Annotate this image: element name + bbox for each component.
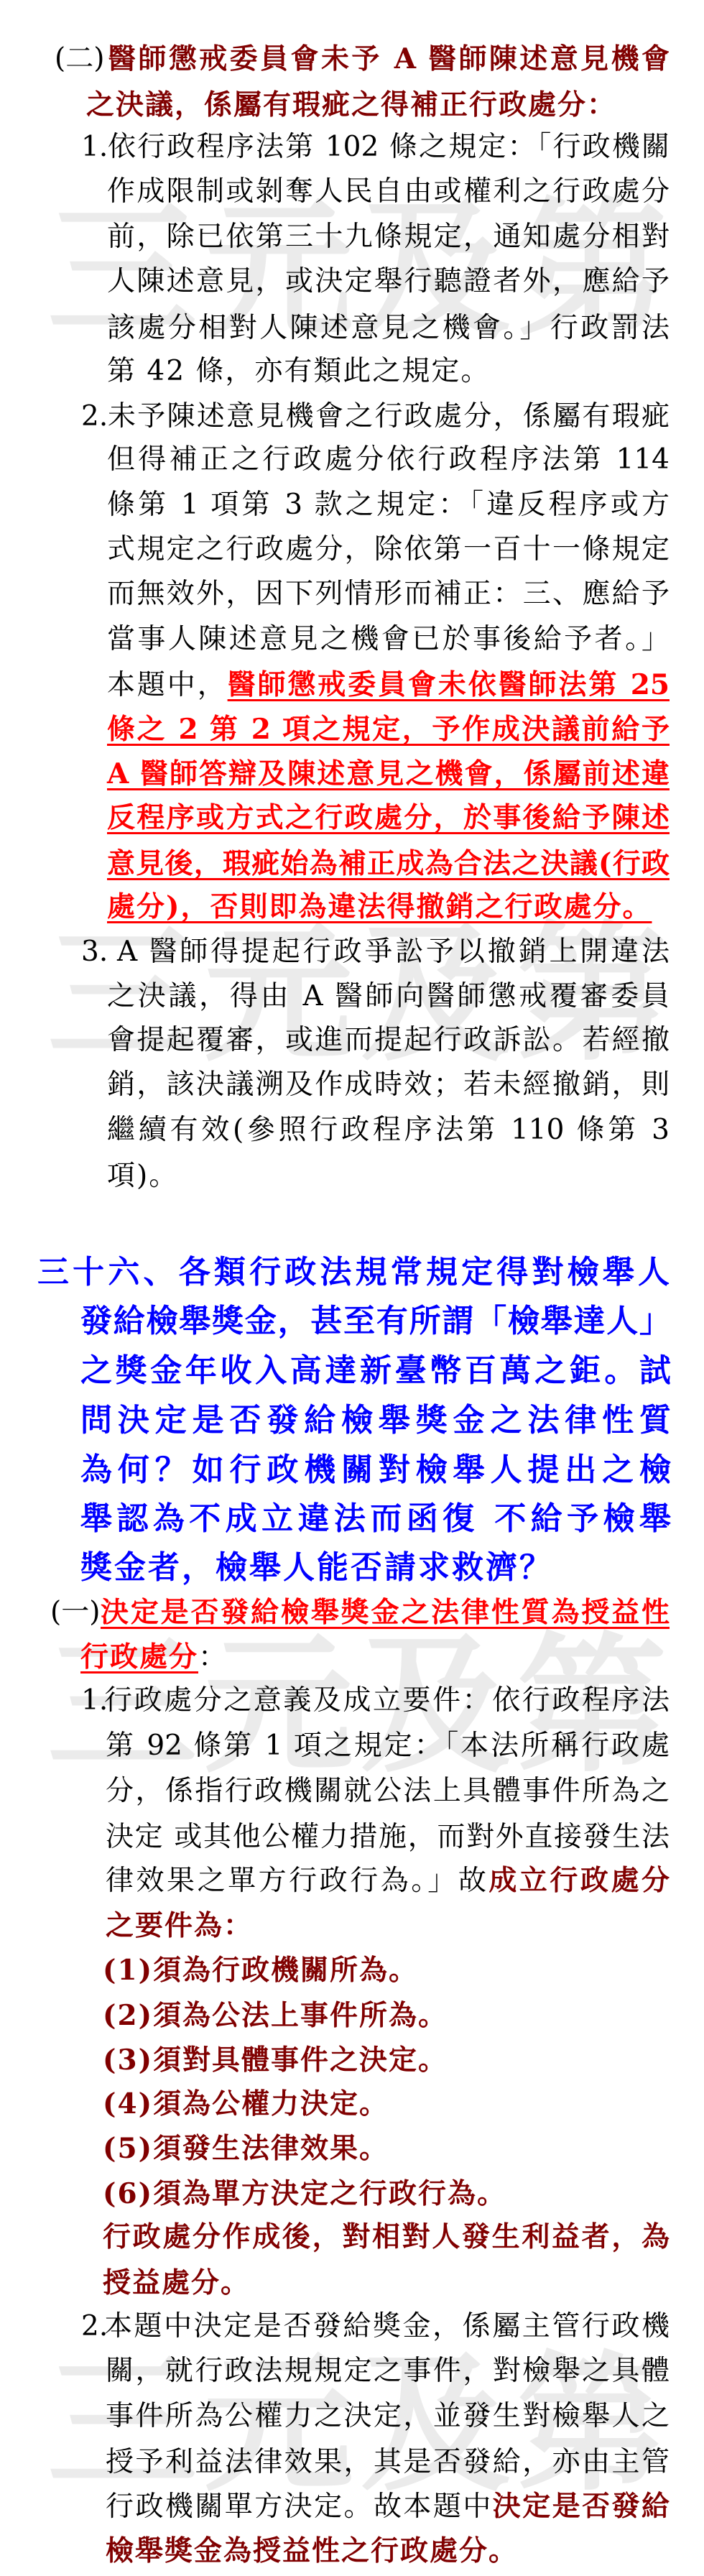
body-line: 事件所為公權力之決定，並發生對檢舉人之 (106, 2395, 670, 2438)
title-suffix: ： (198, 1641, 226, 1674)
section-title-line: 決定是否發給檢舉獎金之法律性質為授益性 (101, 1591, 670, 1634)
body-line: 會提起覆審，或進而提起行政訴訟。若經撤 (107, 1019, 670, 1062)
body-line: 反程序或方式之行政處分，於事後給予陳述 (107, 796, 670, 839)
list-number: 1. (81, 126, 108, 169)
question-line: 舉認為不成立違法而函復 不給予檢舉 (80, 1495, 671, 1543)
question-line: 獎金者，檢舉人能否請求救濟？ (80, 1543, 553, 1592)
list-number: 2. (81, 395, 108, 438)
emphasis-text: 決定是否發給 (493, 2490, 670, 2523)
body-line: 本題中，醫師懲戒委員會未依醫師法第 25 (107, 663, 670, 706)
body-line: 行政機關單方決定。故本題中決定是否發給 (106, 2485, 670, 2528)
requirement-item: (6)須為單方決定之行政行為。 (103, 2172, 506, 2215)
highlighted-text: A 醫師答辯及陳述意見之機會，係屬前述違 (107, 757, 670, 790)
body-line: 第 92 條第 1 項之規定：「本法所稱行政處 (106, 1725, 670, 1768)
body-line: 行政處分之意義及成立要件：依行政程序法 (104, 1679, 670, 1722)
requirement-item: (2)須為公法上事件所為。 (103, 1994, 448, 2037)
highlighted-text: 醫師懲戒委員會未依醫師法第 25 (228, 668, 670, 701)
list-number: 3. (81, 931, 108, 974)
body-line: 條之 2 第 2 項之規定，予作成決議前給予 (107, 708, 670, 751)
body-line: 條第 1 項第 3 款之規定：「違反程序或方 (107, 484, 670, 527)
body-text: 律效果之單方行政行為。」故 (106, 1865, 488, 1897)
body-line: 授予利益法律效果，其是否發給，亦由主管 (106, 2441, 670, 2484)
body-line: 決定 或其他公權力措施，而對外直接發生法 (106, 1816, 670, 1859)
conclusion-line: 檢舉獎金為授益性之行政處分。 (106, 2529, 518, 2572)
section-marker: (一) (50, 1591, 100, 1634)
body-line: 式規定之行政處分，除依第一百十一條規定 (107, 528, 670, 571)
body-text: 行政機關單方決定。故本題中 (106, 2490, 493, 2523)
body-line: 但得補正之行政處分依行政程序法第 114 (107, 438, 670, 481)
requirement-item: (5)須發生法律效果。 (103, 2127, 389, 2170)
document-page: 三元及第 三元及第 三元及第 三元及第 (二) 醫師懲戒委員會未予 A 醫師陳述… (0, 0, 704, 2576)
emphasis-line: 之要件為： (106, 1904, 253, 1947)
body-line: 意見後，瑕疵始為補正成為合法之決議(行政 (107, 842, 670, 885)
body-line: 該處分相對人陳述意見之機會。」行政罰法 (107, 307, 670, 350)
body-line: 而無效外，因下列情形而補正：三、應給予 (107, 573, 670, 616)
section-title-line: 行政處分： (80, 1635, 226, 1679)
application-lead: 本題中， (107, 669, 228, 701)
summary-line: 授益處分。 (103, 2261, 250, 2304)
body-line: 關，就行政法規規定之事件，對檢舉之具體 (106, 2350, 670, 2393)
body-line: A 醫師答辯及陳述意見之機會，係屬前述違 (107, 752, 670, 795)
body-line: 分，係指行政機關就公法上具體事件所為之 (106, 1770, 670, 1813)
section-title-line: 之決議，係屬有瑕疵之得補正行政處分： (86, 83, 616, 126)
body-line: 之決議，得由 A 醫師向醫師懲戒覆審委員 (107, 975, 670, 1018)
question-text: 各類行政法規常規定得對檢舉人 (179, 1254, 670, 1291)
emphasis-text: 成立行政處分 (488, 1864, 670, 1897)
highlighted-text: 處分)，否則即為違法得撤銷之行政處分。 (107, 890, 652, 923)
question-line: 之獎金年收入高達新臺幣百萬之鉅。試 (80, 1347, 671, 1395)
highlighted-text: 條之 2 第 2 項之規定，予作成決議前給予 (107, 713, 670, 746)
requirement-item: (4)須為公權力決定。 (103, 2082, 389, 2125)
body-line: 繼續有效(參照行政程序法第 110 條第 3 (107, 1109, 670, 1152)
requirement-item: (1)須為行政機關所為。 (103, 1949, 418, 1992)
body-line: 作成限制或剝奪人民自由或權利之行政處分 (107, 170, 670, 213)
summary-line: 行政處分作成後，對相對人發生利益者，為 (103, 2215, 670, 2258)
body-line: 人陳述意見，或決定舉行聽證者外，應給予 (107, 260, 670, 303)
highlighted-text: 行政處分 (80, 1640, 198, 1674)
body-line: 當事人陳述意見之機會已於事後給予者。」 (107, 618, 670, 661)
body-line: 項)。 (107, 1155, 178, 1198)
question-line: 三十六、各類行政法規常規定得對檢舉人 (37, 1248, 670, 1297)
body-line: 本題中決定是否發給獎金，係屬主管行政機 (104, 2305, 670, 2348)
question-number: 三十六、 (37, 1254, 179, 1291)
section-title-line: 醫師懲戒委員會未予 A 醫師陳述意見機會 (108, 37, 670, 80)
body-line: 第 42 條，亦有類此之規定。 (107, 350, 490, 393)
body-line: 銷，該決議溯及作成時效；若未經撤銷，則 (107, 1063, 670, 1107)
highlighted-text: 意見後，瑕疵始為補正成為合法之決議(行政 (107, 847, 670, 880)
body-line: 律效果之單方行政行為。」故成立行政處分 (106, 1859, 670, 1902)
highlighted-text: 決定是否發給檢舉獎金之法律性質為授益性 (101, 1596, 670, 1629)
body-line: 前，除已依第三十九條規定，通知處分相對 (107, 216, 670, 259)
body-line: 依行政程序法第 102 條之規定：「行政機關 (108, 126, 670, 169)
body-line: A 醫師得提起行政爭訟予以撤銷上開違法 (117, 931, 670, 974)
section-marker: (二) (55, 37, 104, 80)
body-line: 未予陳述意見機會之行政處分，係屬有瑕疵 (108, 395, 670, 438)
requirement-item: (3)須對具體事件之決定。 (103, 2039, 448, 2082)
body-line: 處分)，否則即為違法得撤銷之行政處分。 (107, 885, 652, 928)
question-line: 問決定是否發給檢舉獎金之法律性質 (80, 1396, 671, 1445)
question-line: 發給檢舉獎金，甚至有所謂「檢舉達人」 (80, 1297, 671, 1346)
question-line: 為何？如行政機關對檢舉人提出之檢 (80, 1446, 671, 1495)
highlighted-text: 反程序或方式之行政處分，於事後給予陳述 (107, 801, 670, 834)
